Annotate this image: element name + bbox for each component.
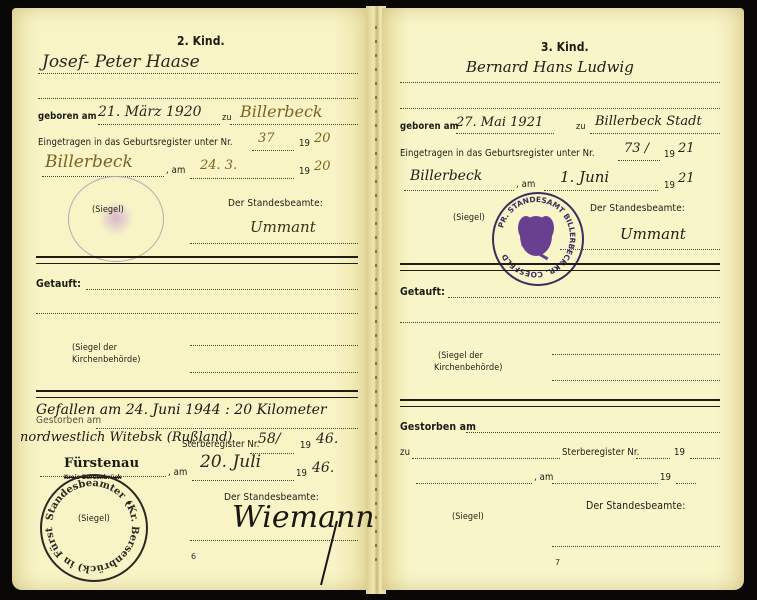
register-number-line [252,150,294,151]
name-line [38,73,358,74]
name-line-2 [38,98,358,99]
baptized-label: Getauft: [36,278,81,290]
register-place-line-right [404,190,514,191]
baptized-line-right-2 [400,322,720,323]
section-title-child-3: 3. Kind. [541,40,589,54]
church-sign-line [190,345,358,346]
death-official-label-right: Der Standesbeamte: [586,500,685,512]
seal-label: (Siegel) [92,205,124,215]
official-signature: Ummant [250,218,316,236]
official-label: Der Standesbeamte: [228,198,323,209]
death-register-number: 58/ [258,431,281,447]
register-year: 20 [314,131,331,146]
church-seal-label-2: Kirchenbehörde) [72,355,141,365]
prussian-eagle-icon [518,216,554,260]
birth-registry-seal-faded [68,176,164,262]
section-divider-right-2 [400,399,720,407]
am-label-right: , am [516,179,535,190]
year-prefix-right-2: 19 [660,472,671,483]
church-seal-label-right-2: Kirchenbehörde) [434,363,503,373]
born-date-line [98,124,220,125]
year-line-right [690,458,720,459]
official-signature-line-right [560,249,720,250]
child-name-right: Bernard Hans Ludwig [466,58,634,76]
register-number-line-right [618,160,660,161]
death-date-year-prefix: 19 [296,468,307,479]
register-year-right: 21 [678,141,695,156]
child-name: Josef- Peter Haase [42,52,200,72]
register-date-year-right: 21 [678,171,695,186]
section-divider-right [400,263,720,271]
death-register-year-prefix: 19 [300,440,311,451]
seal-ring-text-icon: Standesbeamter • (Kr. Bersenbrück) in Fü… [40,474,144,578]
name-line-right-2 [400,108,720,109]
page-number-left: 6 [191,552,196,561]
date-line-right [552,483,658,484]
born-date: 21. März 1920 [98,104,202,120]
born-label-right: geboren am [400,121,459,132]
born-place-label-right: zu [576,122,586,132]
official-signature-line [190,243,358,244]
born-date-line-right [456,133,554,134]
baptized-line-right [448,297,720,298]
register-date-line-right [544,190,658,191]
register-date-line [190,178,294,179]
church-sign-line-2 [190,372,358,373]
year-prefix-right: 19 [674,447,685,458]
birth-registry-seal-right: PR. STANDESAMT BILLERBECK • KR. COESFELD [492,192,584,286]
born-place-label: zu [222,113,232,123]
death-line-right [466,432,720,433]
am-label: , am [166,165,185,176]
death-register-year: 46. [316,431,338,447]
register-date-year-prefix: 19 [299,166,310,177]
register-place-right: Billerbeck [410,168,482,184]
death-registry-seal: Standesbeamter • (Kr. Bersenbrück) in Fü… [40,474,148,582]
death-register-line-right [636,458,670,459]
right-page [382,8,744,590]
death-register-label-right: Sterberegister Nr. [562,447,639,458]
registered-label-right: Eingetragen in das Geburtsregister unter… [400,148,595,159]
registered-label: Eingetragen in das Geburtsregister unter… [38,137,233,148]
am-label-right-2: , am [534,472,553,483]
section-divider-2 [36,390,358,398]
death-place-stamp: Fürstenau [64,456,139,471]
register-date: 24. 3. [200,158,237,173]
name-line-right [400,82,720,83]
official-label-right: Der Standesbeamte: [590,203,685,214]
register-number-right: 73 / [624,141,649,156]
register-year-prefix-right: 19 [664,149,675,160]
church-sign-line-right [552,354,720,355]
place-line-right [416,483,532,484]
section-divider [36,256,358,264]
death-entry-line-1: Gefallen am 24. Juni 1944 : 20 Kilometer [36,402,327,418]
section-title-child-2: 2. Kind. [177,34,225,48]
zu-line-right [412,458,560,459]
official-signature-right: Ummant [620,225,686,243]
death-official-signature: Wiemann [232,500,375,535]
year-line-right-2 [676,483,696,484]
death-date-year: 46. [312,460,334,476]
register-place: Billerbeck [45,152,133,172]
binding-thread [375,26,377,566]
zu-label-right: zu [400,447,410,458]
death-line [96,428,358,429]
death-official-line-right [552,546,720,547]
register-date-right: 1. Juni [560,168,609,186]
register-date-year: 20 [314,159,331,174]
church-seal-label-right-1: (Siegel der [438,351,483,361]
death-label-right: Gestorben am [400,421,476,433]
death-register-label: Sterberegister Nr. [182,439,259,450]
born-place-right: Billerbeck Stadt [595,114,702,129]
born-place-line-right [590,133,720,134]
death-date-line [192,480,294,481]
born-place: Billerbeck [240,102,323,121]
seal-label-right: (Siegel) [453,213,485,223]
register-date-year-prefix-right: 19 [664,180,675,191]
born-label: geboren am [38,111,97,122]
born-date-right: 27. Mai 1921 [456,115,543,130]
born-place-line [230,124,358,125]
baptized-line-2 [36,313,358,314]
death-date: 20. Juli [200,452,261,472]
register-year-prefix: 19 [299,138,310,149]
church-sign-line-right-2 [552,380,720,381]
baptized-line [86,289,358,290]
baptized-label-right: Getauft: [400,286,445,298]
church-seal-label-1: (Siegel der [72,343,117,353]
page-number-right: 7 [555,558,560,567]
register-number: 37 [258,131,275,146]
death-seal-label: (Siegel) [78,514,110,524]
death-am-label: , am [168,467,187,478]
death-seal-label-right: (Siegel) [452,512,484,522]
